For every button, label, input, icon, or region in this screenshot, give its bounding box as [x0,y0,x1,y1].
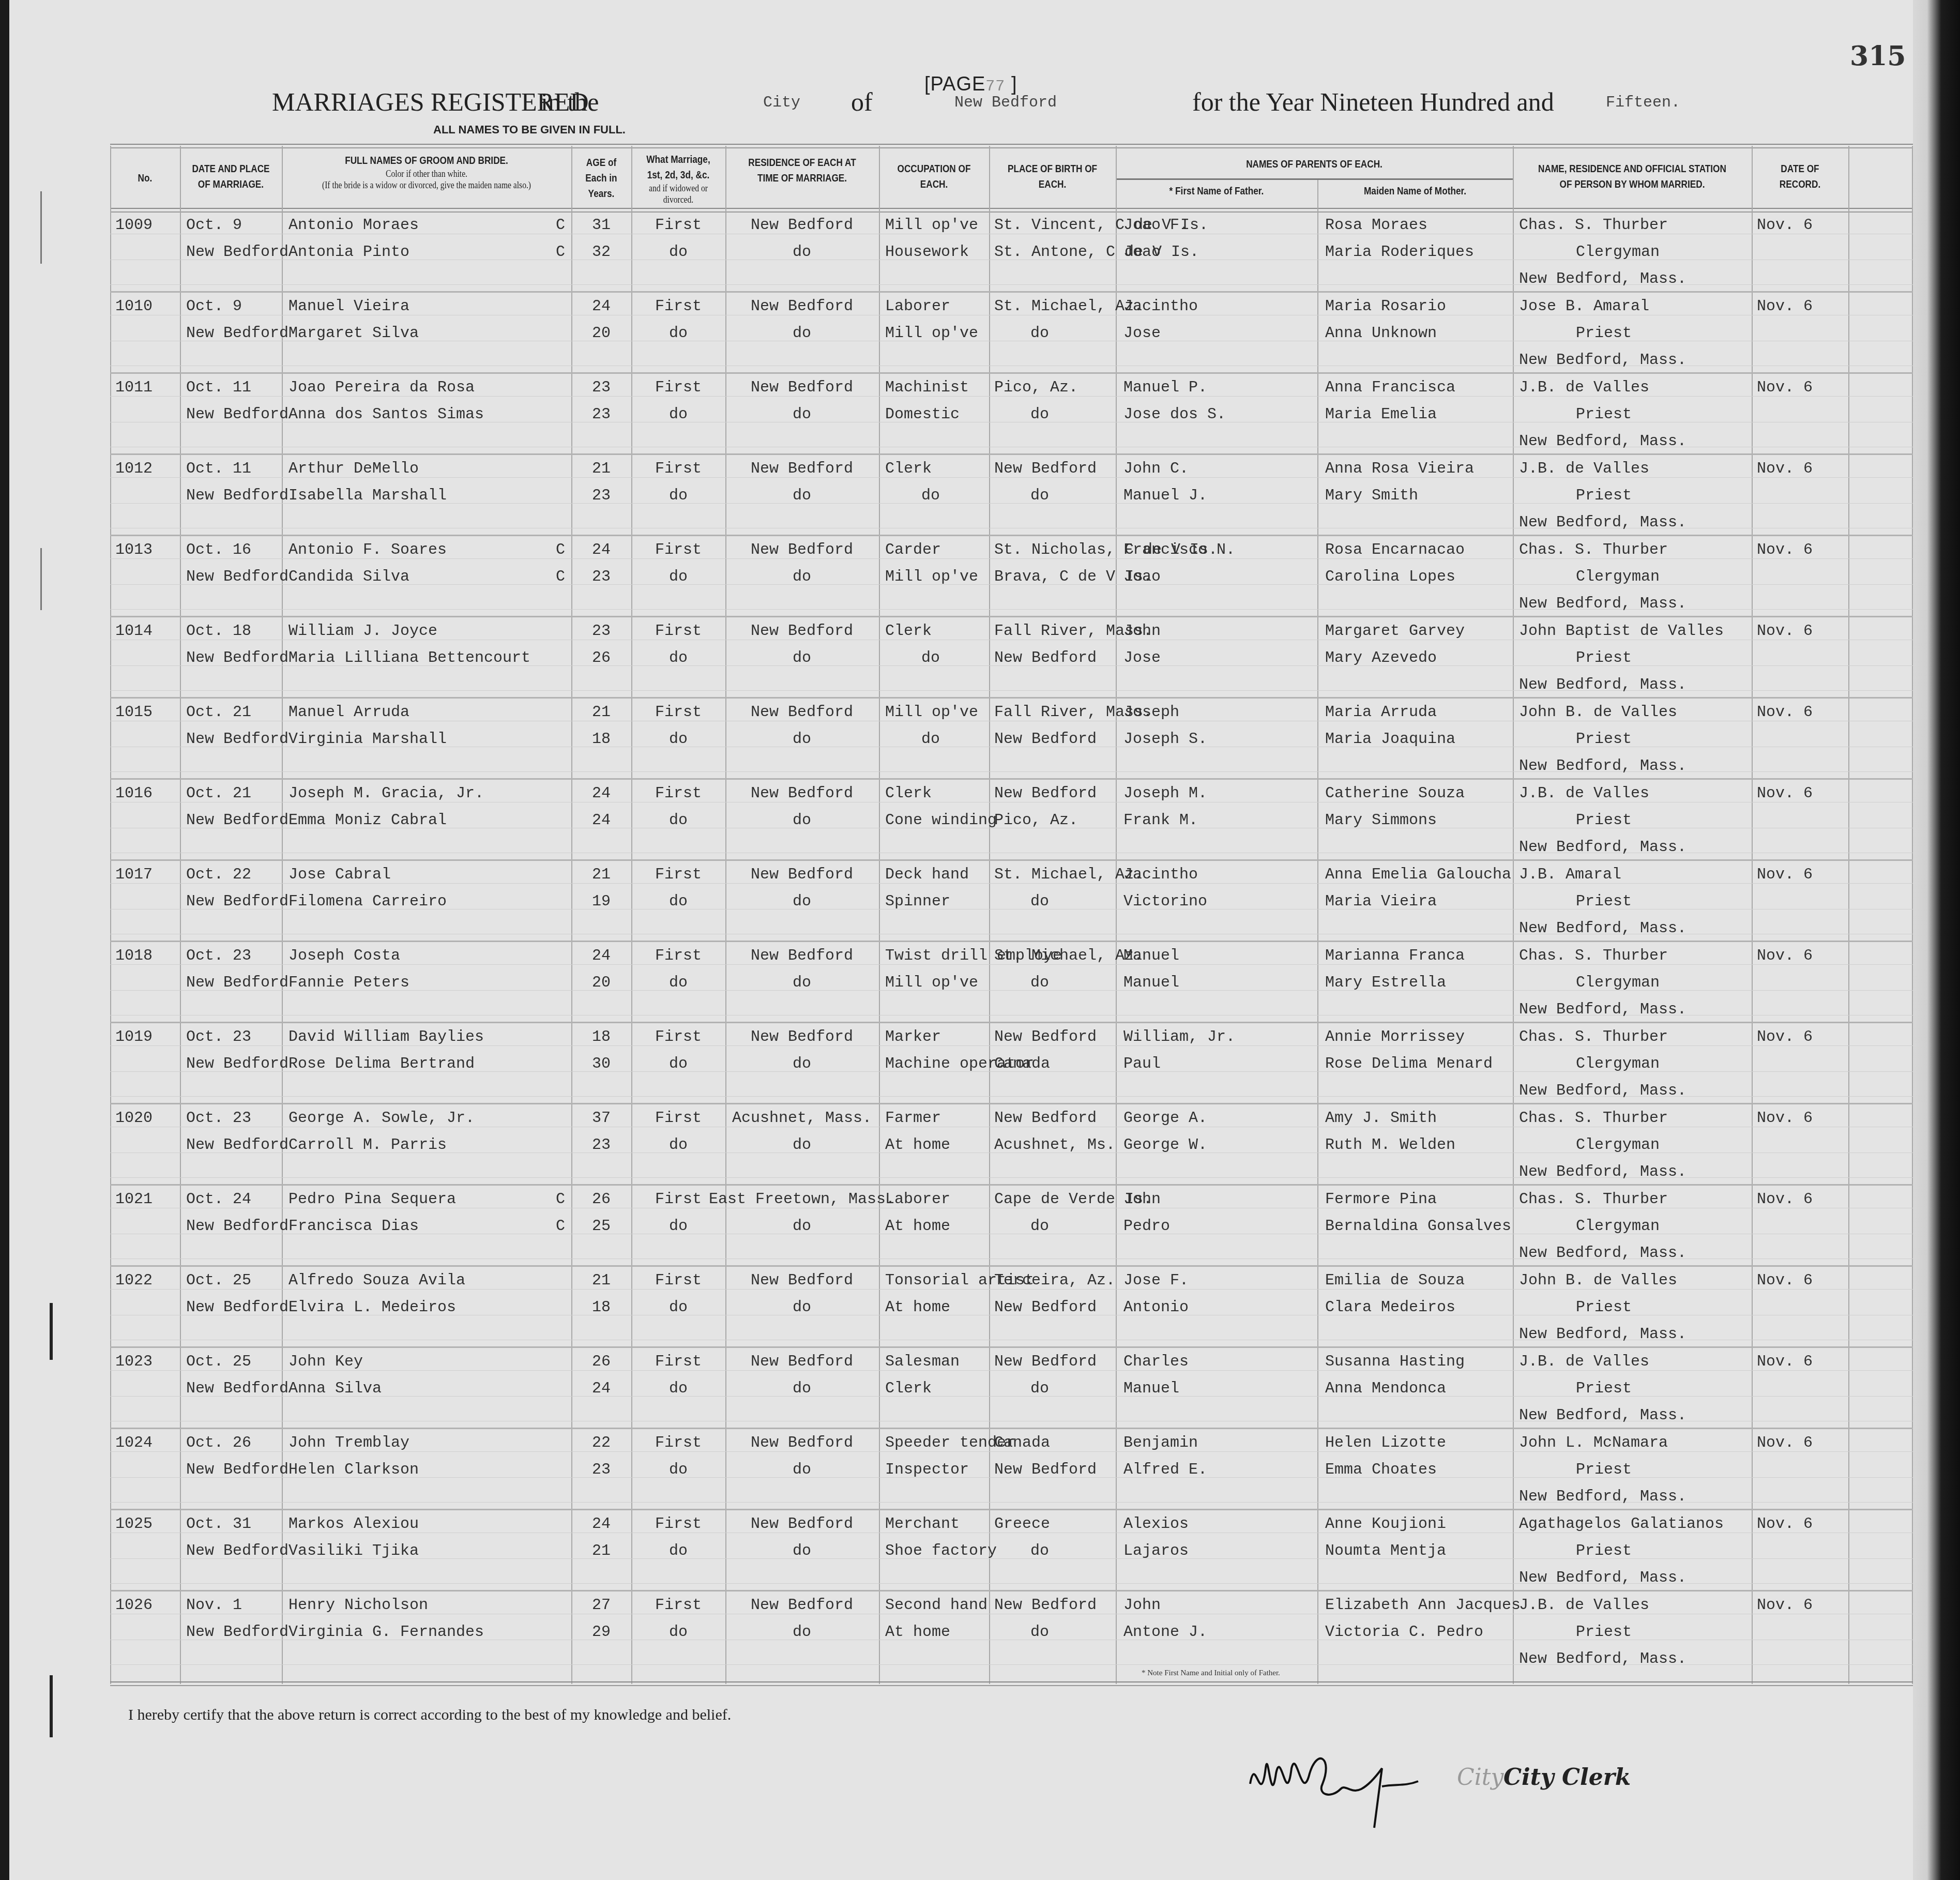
groom-marriage: First [655,1029,702,1045]
bride-residence: do [793,1462,811,1478]
groom-name: George A. Sowle, Jr. [288,1110,475,1127]
marriage-date: Oct. 18 [186,623,251,640]
col-rule [1116,146,1117,1684]
groom-name: Arthur DeMello [288,461,419,477]
bride-birthplace: do [1030,488,1049,504]
groom-marriage: First [655,704,702,721]
bride-father: Manuel [1123,975,1179,991]
bride-marriage: do [669,244,688,261]
bride-age: 23 [592,488,611,504]
groom-birthplace: Canada [994,1435,1050,1451]
officiant-title: Clergyman [1576,244,1660,261]
bride-age: 18 [592,731,611,748]
groom-occupation: Merchant [885,1516,960,1533]
marriage-date: Oct. 11 [186,461,251,477]
bride-residence: do [793,244,811,261]
groom-mother: Anne Koujioni [1325,1516,1446,1533]
bride-birthplace: New Bedford [994,1462,1097,1478]
groom-marriage: First [655,948,702,964]
bride-residence: do [793,488,811,504]
bride-father: Manuel J. [1123,488,1207,504]
groom-birthplace: Terceira, Az. [994,1272,1115,1289]
officiant-name: J.B. de Valles [1519,1597,1649,1614]
officiant-title: Clergyman [1576,1218,1660,1235]
entry-number: 1013 [115,542,153,558]
bride-mother: Noumta Mentja [1325,1543,1446,1559]
bride-marriage: do [669,569,688,585]
record-date: Nov. 6 [1757,1597,1813,1614]
groom-occupation: Clerk [885,623,932,640]
groom-occupation: Deck hand [885,867,969,883]
entry-number: 1017 [115,867,153,883]
groom-occupation: Mill op've [885,704,978,721]
groom-residence: New Bedford [751,1272,853,1289]
record-date: Nov. 6 [1757,380,1813,396]
groom-marriage: First [655,461,702,477]
bride-father: Pedro [1123,1218,1170,1235]
marriage-place: New Bedford [186,1462,288,1478]
groom-occupation: Farmer [885,1110,941,1127]
groom-occupation: Clerk [885,785,932,802]
groom-age: 21 [592,704,611,721]
groom-father: Manuel P. [1123,380,1207,396]
header-top-rule [110,144,1920,148]
bride-father: Jose [1123,650,1161,666]
bride-father: Paul [1123,1056,1161,1072]
officiant-residence: New Bedford, Mass. [1519,1489,1686,1505]
bride-marriage: do [669,1381,688,1397]
bride-occupation: At home [885,1624,950,1641]
groom-name: Markos Alexiou [288,1516,419,1533]
officiant-name: Chas. S. Thurber [1519,1110,1668,1127]
bride-name: Francisca Dias [288,1218,419,1235]
bride-birthplace: St. Antone, C de V Is. [994,244,1199,261]
marriage-place: New Bedford [186,1137,288,1154]
bride-father: Joao [1123,244,1161,261]
groom-birthplace: New Bedford [994,461,1097,477]
entry-number: 1016 [115,785,153,802]
bride-occupation: At home [885,1137,950,1154]
groom-birthplace: Greece [994,1516,1050,1533]
groom-birthplace: New Bedford [994,1110,1097,1127]
bride-age: 23 [592,406,611,423]
bride-father: Frank M. [1123,812,1198,829]
groom-father: Benjamin [1123,1435,1198,1451]
officiant-residence: New Bedford, Mass. [1519,433,1686,450]
bride-mother: Rose Delima Menard [1325,1056,1493,1072]
entry-number: 1019 [115,1029,153,1045]
record-date: Nov. 6 [1757,623,1813,640]
officiant-title: Clergyman [1576,569,1660,585]
record-date: Nov. 6 [1757,1110,1813,1127]
entry-separator [110,291,1920,293]
bride-occupation: do [921,650,940,666]
groom-mother: Fermore Pina [1325,1191,1437,1208]
groom-marriage: First [655,1110,702,1127]
marriage-date: Oct. 9 [186,217,242,234]
bride-residence: do [793,893,811,910]
bride-mother: Maria Joaquina [1325,731,1455,748]
officiant-residence: New Bedford, Mass. [1519,1083,1686,1099]
col-rule [631,146,632,1684]
marriage-date: Oct. 25 [186,1272,251,1289]
groom-name: Joseph M. Gracia, Jr. [288,785,484,802]
bride-residence: do [793,1299,811,1316]
bride-name: Emma Moniz Cabral [288,812,447,829]
officiant-residence: New Bedford, Mass. [1519,1326,1686,1343]
bride-residence: do [793,731,811,748]
register-page: 315 [PAGE77 ] MARRIAGES REGISTERED in th… [9,0,1922,1880]
marriage-place: New Bedford [186,1381,288,1397]
marriage-date: Oct. 21 [186,785,251,802]
officiant-name: John B. de Valles [1519,1272,1677,1289]
groom-mother: Elizabeth Ann Jacques [1325,1597,1521,1614]
officiant-name: J.B. Amaral [1519,867,1621,883]
groom-age: 23 [592,380,611,396]
groom-father: George A. [1123,1110,1207,1127]
bride-marriage: do [669,488,688,504]
entry-number: 1023 [115,1354,153,1370]
groom-name: Henry Nicholson [288,1597,428,1614]
bride-birthplace: do [1030,1624,1049,1641]
officiant-title: Priest [1576,1543,1632,1559]
col-header-marriage: What Marriage, 1st, 2d, 3d, &c. and if w… [640,152,717,206]
bride-age: 30 [592,1056,611,1072]
col-rule [180,146,181,1684]
groom-age: 21 [592,1272,611,1289]
bride-mother: Mary Estrella [1325,975,1446,991]
groom-father: Charles [1123,1354,1189,1370]
margin-mark [50,1303,53,1360]
groom-residence: New Bedford [751,217,853,234]
bride-name: Candida Silva [288,569,409,585]
groom-name: Jose Cabral [288,867,391,883]
groom-name: Joseph Costa [288,948,400,964]
officiant-residence: New Bedford, Mass. [1519,1164,1686,1180]
bride-residence: do [793,1137,811,1154]
marriage-place: New Bedford [186,488,288,504]
title-year-text: for the Year Nineteen Hundred and [1192,87,1554,117]
bride-name: Anna dos Santos Simas [288,406,484,423]
bride-age: 26 [592,650,611,666]
bride-name: Isabella Marshall [288,488,447,504]
officiant-residence: New Bedford, Mass. [1519,514,1686,531]
bride-name: Rose Delima Bertrand [288,1056,475,1072]
groom-mother: Susanna Hasting [1325,1354,1465,1370]
groom-age: 27 [592,1597,611,1614]
officiant-residence: New Bedford, Mass. [1519,758,1686,775]
entry-separator [110,1103,1920,1104]
table-bottom-rule [110,1681,1920,1686]
groom-color: C [556,542,565,558]
marriage-date: Oct. 22 [186,867,251,883]
bride-age: 29 [592,1624,611,1641]
groom-birthplace: New Bedford [994,1029,1097,1045]
bride-occupation: Mill op've [885,325,978,342]
marriage-date: Oct. 23 [186,948,251,964]
groom-residence: Acushnet, Mass. [732,1110,872,1127]
officiant-name: Chas. S. Thurber [1519,217,1668,234]
marriage-place: New Bedford [186,1056,288,1072]
officiant-title: Priest [1576,731,1632,748]
bride-age: 18 [592,1299,611,1316]
groom-marriage: First [655,1272,702,1289]
marriage-date: Oct. 31 [186,1516,251,1533]
groom-residence: New Bedford [751,867,853,883]
officiant-name: Chas. S. Thurber [1519,1029,1668,1045]
bride-mother: Mary Simmons [1325,812,1437,829]
groom-marriage: First [655,1435,702,1451]
bride-occupation: Mill op've [885,569,978,585]
bride-mother: Carolina Lopes [1325,569,1455,585]
officiant-name: J.B. de Valles [1519,380,1649,396]
officiant-name: J.B. de Valles [1519,461,1649,477]
bride-occupation: Domestic [885,406,960,423]
entry-separator [110,1184,1920,1186]
bride-father: Jose dos S. [1123,406,1226,423]
officiant-residence: New Bedford, Mass. [1519,1245,1686,1262]
marriage-place: New Bedford [186,1299,288,1316]
officiant-name: John B. de Valles [1519,704,1677,721]
officiant-residence: New Bedford, Mass. [1519,677,1686,693]
entry-separator [110,1265,1920,1267]
bride-residence: do [793,1218,811,1235]
bride-age: 23 [592,1137,611,1154]
entry-separator [110,1346,1920,1348]
officiant-residence: New Bedford, Mass. [1519,596,1686,612]
officiant-title: Priest [1576,406,1632,423]
groom-father: Jacintho [1123,867,1198,883]
groom-marriage: First [655,298,702,315]
marriage-place: New Bedford [186,731,288,748]
bride-residence: do [793,1543,811,1559]
record-date: Nov. 6 [1757,948,1813,964]
bride-father: Joao [1123,569,1161,585]
bride-age: 32 [592,244,611,261]
groom-marriage: First [655,1191,702,1208]
marriage-place: New Bedford [186,893,288,910]
margin-mark [50,1675,53,1737]
bride-father: Alfred E. [1123,1462,1207,1478]
officiant-residence: New Bedford, Mass. [1519,271,1686,287]
bride-name: Anna Silva [288,1381,382,1397]
groom-father: John [1123,1597,1161,1614]
bride-mother: Anna Unknown [1325,325,1437,342]
signature-title: City Clerk [1503,1764,1631,1791]
officiant-residence: New Bedford, Mass. [1519,1570,1686,1586]
groom-occupation: Laborer [885,298,950,315]
groom-father: John C. [1123,461,1189,477]
bride-father: George W. [1123,1137,1207,1154]
groom-mother: Anna Emelia Galoucha [1325,867,1511,883]
groom-age: 37 [592,1110,611,1127]
bride-marriage: do [669,650,688,666]
groom-name: Joao Pereira da Rosa [288,380,475,396]
groom-residence: New Bedford [751,785,853,802]
groom-father: John [1123,623,1161,640]
groom-residence: East Freetown, Mass. [709,1191,895,1208]
marriage-place: New Bedford [186,975,288,991]
marriage-place: New Bedford [186,1218,288,1235]
groom-father: John [1123,1191,1161,1208]
groom-mother: Maria Rosario [1325,298,1446,315]
groom-mother: Margaret Garvey [1325,623,1465,640]
col-rule [989,146,990,1684]
groom-residence: New Bedford [751,704,853,721]
margin-mark [40,191,42,264]
officiant-title: Priest [1576,325,1632,342]
bride-marriage: do [669,1056,688,1072]
groom-birthplace: Pico, Az. [994,380,1078,396]
bride-father: Manuel [1123,1381,1179,1397]
officiant-name: Chas. S. Thurber [1519,542,1668,558]
entry-number: 1024 [115,1435,153,1451]
groom-age: 24 [592,298,611,315]
groom-mother: Catherine Souza [1325,785,1465,802]
bride-father: Lajaros [1123,1543,1189,1559]
bride-marriage: do [669,1462,688,1478]
bride-marriage: do [669,1299,688,1316]
bride-name: Elvira L. Medeiros [288,1299,456,1316]
bride-name: Virginia G. Fernandes [288,1624,484,1641]
groom-marriage: First [655,542,702,558]
bride-age: 24 [592,812,611,829]
entry-number: 1010 [115,298,153,315]
bride-marriage: do [669,812,688,829]
bride-birthplace: do [1030,1218,1049,1235]
bride-residence: do [793,406,811,423]
bride-age: 21 [592,1543,611,1559]
groom-father: Francisco N. [1123,542,1235,558]
record-date: Nov. 6 [1757,704,1813,721]
groom-name: John Key [288,1354,363,1370]
entry-separator [110,1590,1920,1591]
groom-age: 24 [592,542,611,558]
bride-name: Margaret Silva [288,325,419,342]
col-rule [571,146,572,1684]
groom-marriage: First [655,1516,702,1533]
bride-birthplace: Pico, Az. [994,812,1078,829]
bride-mother: Emma Choates [1325,1462,1437,1478]
record-date: Nov. 6 [1757,1029,1813,1045]
bride-father: Jose [1123,325,1161,342]
bride-occupation: Mill op've [885,975,978,991]
marriage-date: Oct. 21 [186,704,251,721]
officiant-residence: New Bedford, Mass. [1519,920,1686,937]
bride-name: Maria Lilliana Bettencourt [288,650,530,666]
groom-mother: Amy J. Smith [1325,1110,1437,1127]
officiant-name: J.B. de Valles [1519,1354,1649,1370]
bride-birthplace: do [1030,975,1049,991]
marriage-date: Nov. 1 [186,1597,242,1614]
bride-occupation: Cone winding [885,812,997,829]
bride-name: Antonia Pinto [288,244,409,261]
bride-birthplace: New Bedford [994,1299,1097,1316]
subtitle: ALL NAMES TO BE GIVEN IN FULL. [433,123,626,137]
col-rule [1848,146,1849,1684]
bride-age: 23 [592,1462,611,1478]
groom-name: Antonio F. Soares [288,542,447,558]
groom-father: Jacintho [1123,298,1198,315]
officiant-residence: New Bedford, Mass. [1519,839,1686,856]
groom-color: C [556,1191,565,1208]
marriage-date: Oct. 24 [186,1191,251,1208]
entry-number: 1015 [115,704,153,721]
bride-residence: do [793,325,811,342]
col-rule [282,146,283,1684]
bride-residence: do [793,812,811,829]
bride-mother: Mary Smith [1325,488,1418,504]
bride-name: Filomena Carreiro [288,893,447,910]
officiant-title: Clergyman [1576,975,1660,991]
bride-marriage: do [669,406,688,423]
title-in-the: in the [541,87,599,117]
bride-name: Vasiliki Tjika [288,1543,419,1559]
groom-marriage: First [655,1597,702,1614]
groom-occupation: Mill op've [885,217,978,234]
groom-mother: Maria Arruda [1325,704,1437,721]
page-number: 315 [1850,40,1906,72]
bride-age: 25 [592,1218,611,1235]
bride-mother: Victoria C. Pedro [1325,1624,1483,1641]
bride-birthplace: New Bedford [994,650,1097,666]
col-header-occupation: OCCUPATION OF EACH. [889,161,979,192]
groom-residence: New Bedford [751,1597,853,1614]
groom-marriage: First [655,785,702,802]
col-header-age: AGE of Each in Years. [576,155,626,202]
bride-father: Antone J. [1123,1624,1207,1641]
groom-name: Manuel Arruda [288,704,409,721]
record-date: Nov. 6 [1757,1272,1813,1289]
groom-mother: Rosa Moraes [1325,217,1427,234]
groom-occupation: Salesman [885,1354,960,1370]
officiant-residence: New Bedford, Mass. [1519,1002,1686,1018]
bride-occupation: do [921,731,940,748]
bride-marriage: do [669,1218,688,1235]
officiant-residence: New Bedford, Mass. [1519,1651,1686,1667]
groom-name: Alfredo Souza Avila [288,1272,465,1289]
groom-mother: Helen Lizotte [1325,1435,1446,1451]
groom-mother: Anna Rosa Vieira [1325,461,1474,477]
entry-separator [110,697,1920,699]
groom-name: David William Baylies [288,1029,484,1045]
groom-father: Joseph [1123,704,1179,721]
bride-occupation: Housework [885,244,969,261]
groom-marriage: First [655,1354,702,1370]
record-date: Nov. 6 [1757,785,1813,802]
officiant-title: Priest [1576,893,1632,910]
marriage-date: Oct. 9 [186,298,242,315]
certification-text: I hereby certify that the above return i… [128,1706,731,1724]
margin-mark [40,548,42,610]
officiant-name: Agathagelos Galatianos [1519,1516,1724,1533]
bride-residence: do [793,569,811,585]
entry-separator [110,535,1920,536]
bride-mother: Bernaldina Gonsalves [1325,1218,1511,1235]
bride-occupation: do [921,488,940,504]
officiant-residence: New Bedford, Mass. [1519,352,1686,369]
record-date: Nov. 6 [1757,867,1813,883]
record-date: Nov. 6 [1757,298,1813,315]
officiant-title: Priest [1576,1462,1632,1478]
bride-age: 19 [592,893,611,910]
bride-birthplace: do [1030,406,1049,423]
header-bottom-rule [110,208,1920,213]
bride-marriage: do [669,893,688,910]
bride-birthplace: Canada [994,1056,1050,1072]
entry-number: 1022 [115,1272,153,1289]
groom-father: Joao F. [1123,217,1189,234]
